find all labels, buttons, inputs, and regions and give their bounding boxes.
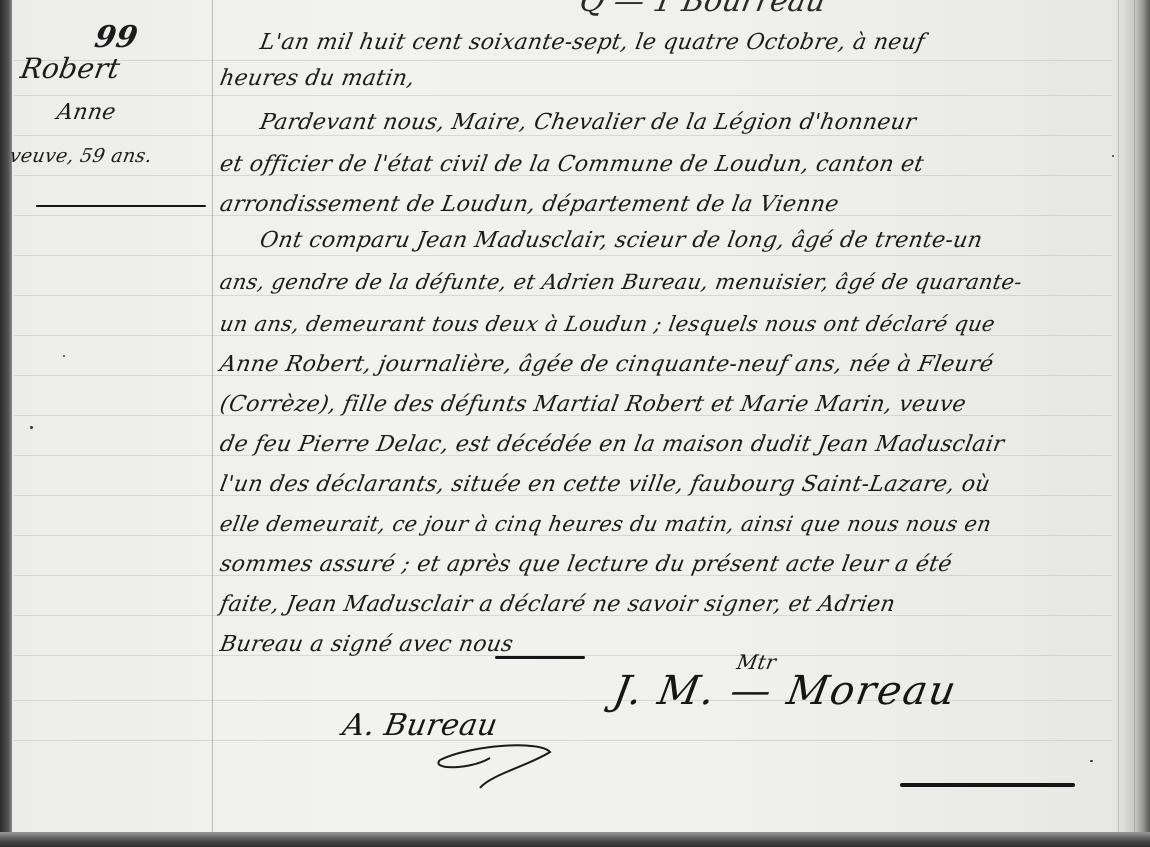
- body-line-11: de feu Pierre Delac, est décédée en la m…: [218, 432, 1006, 457]
- ruled-line: [14, 295, 1112, 296]
- witness-signature-flourish: [430, 740, 560, 790]
- mayor-signature: J. M. — Moreau: [610, 668, 961, 714]
- line-end-flourish: [495, 656, 585, 659]
- binding-edge-left: [0, 0, 12, 847]
- body-line-8: un ans, demeurant tous deux à Loudun ; l…: [218, 312, 997, 336]
- ruled-line: [14, 740, 1112, 741]
- witness-signature: A. Bureau: [340, 708, 500, 743]
- body-line-12: l'un des déclarants, située en cette vil…: [218, 472, 992, 497]
- body-line-14: sommes assuré ; et après que lecture du …: [218, 552, 954, 577]
- body-line-1: L'an mil huit cent soixante-sept, le qua…: [258, 30, 927, 55]
- body-line-6: Ont comparu Jean Madusclair, scieur de l…: [258, 228, 984, 253]
- margin-given-name: Anne: [55, 100, 118, 125]
- ruled-line: [14, 255, 1112, 256]
- body-line-9: Anne Robert, journalière, âgée de cinqua…: [218, 352, 995, 377]
- body-line-5: arrondissement de Loudun, département de…: [218, 192, 841, 217]
- margin-status-age: veuve, 59 ans.: [8, 145, 154, 167]
- paper-speck: [1090, 760, 1093, 762]
- body-line-2: heures du matin,: [218, 66, 417, 91]
- body-line-15: faite, Jean Madusclair a déclaré ne savo…: [218, 592, 897, 617]
- body-line-4: et officier de l'état civil de la Commun…: [218, 152, 926, 177]
- body-line-3: Pardevant nous, Maire, Chevalier de la L…: [258, 110, 918, 135]
- document-page: Q — 1 Bourreau 99 Robert Anne veuve, 59 …: [0, 0, 1150, 847]
- body-line-10: (Corrèze), fille des défunts Martial Rob…: [218, 392, 968, 417]
- ruled-line: [14, 135, 1112, 136]
- ruled-line: [14, 60, 1112, 61]
- margin-rule: [212, 0, 213, 832]
- margin-surname: Robert: [18, 52, 123, 85]
- paper-speck: [1112, 155, 1114, 157]
- paper-speck: [63, 355, 65, 357]
- record-number: 99: [92, 20, 141, 55]
- mayor-signature-underline: [900, 783, 1075, 787]
- body-line-16: Bureau a signé avec nous: [218, 632, 515, 657]
- ruled-line: [14, 95, 1112, 96]
- mayor-signature-prefix: Mtr: [735, 650, 778, 674]
- body-line-7: ans, gendre de la défunte, et Adrien Bur…: [218, 270, 1024, 294]
- margin-divider: [36, 205, 206, 207]
- body-line-13: elle demeurait, ce jour à cinq heures du…: [218, 512, 993, 536]
- previous-record-fragment: Q — 1 Bourreau: [577, 0, 829, 19]
- page-edge-right: [1112, 0, 1150, 847]
- binding-edge-bottom: [0, 832, 1150, 847]
- paper-speck: [30, 426, 33, 429]
